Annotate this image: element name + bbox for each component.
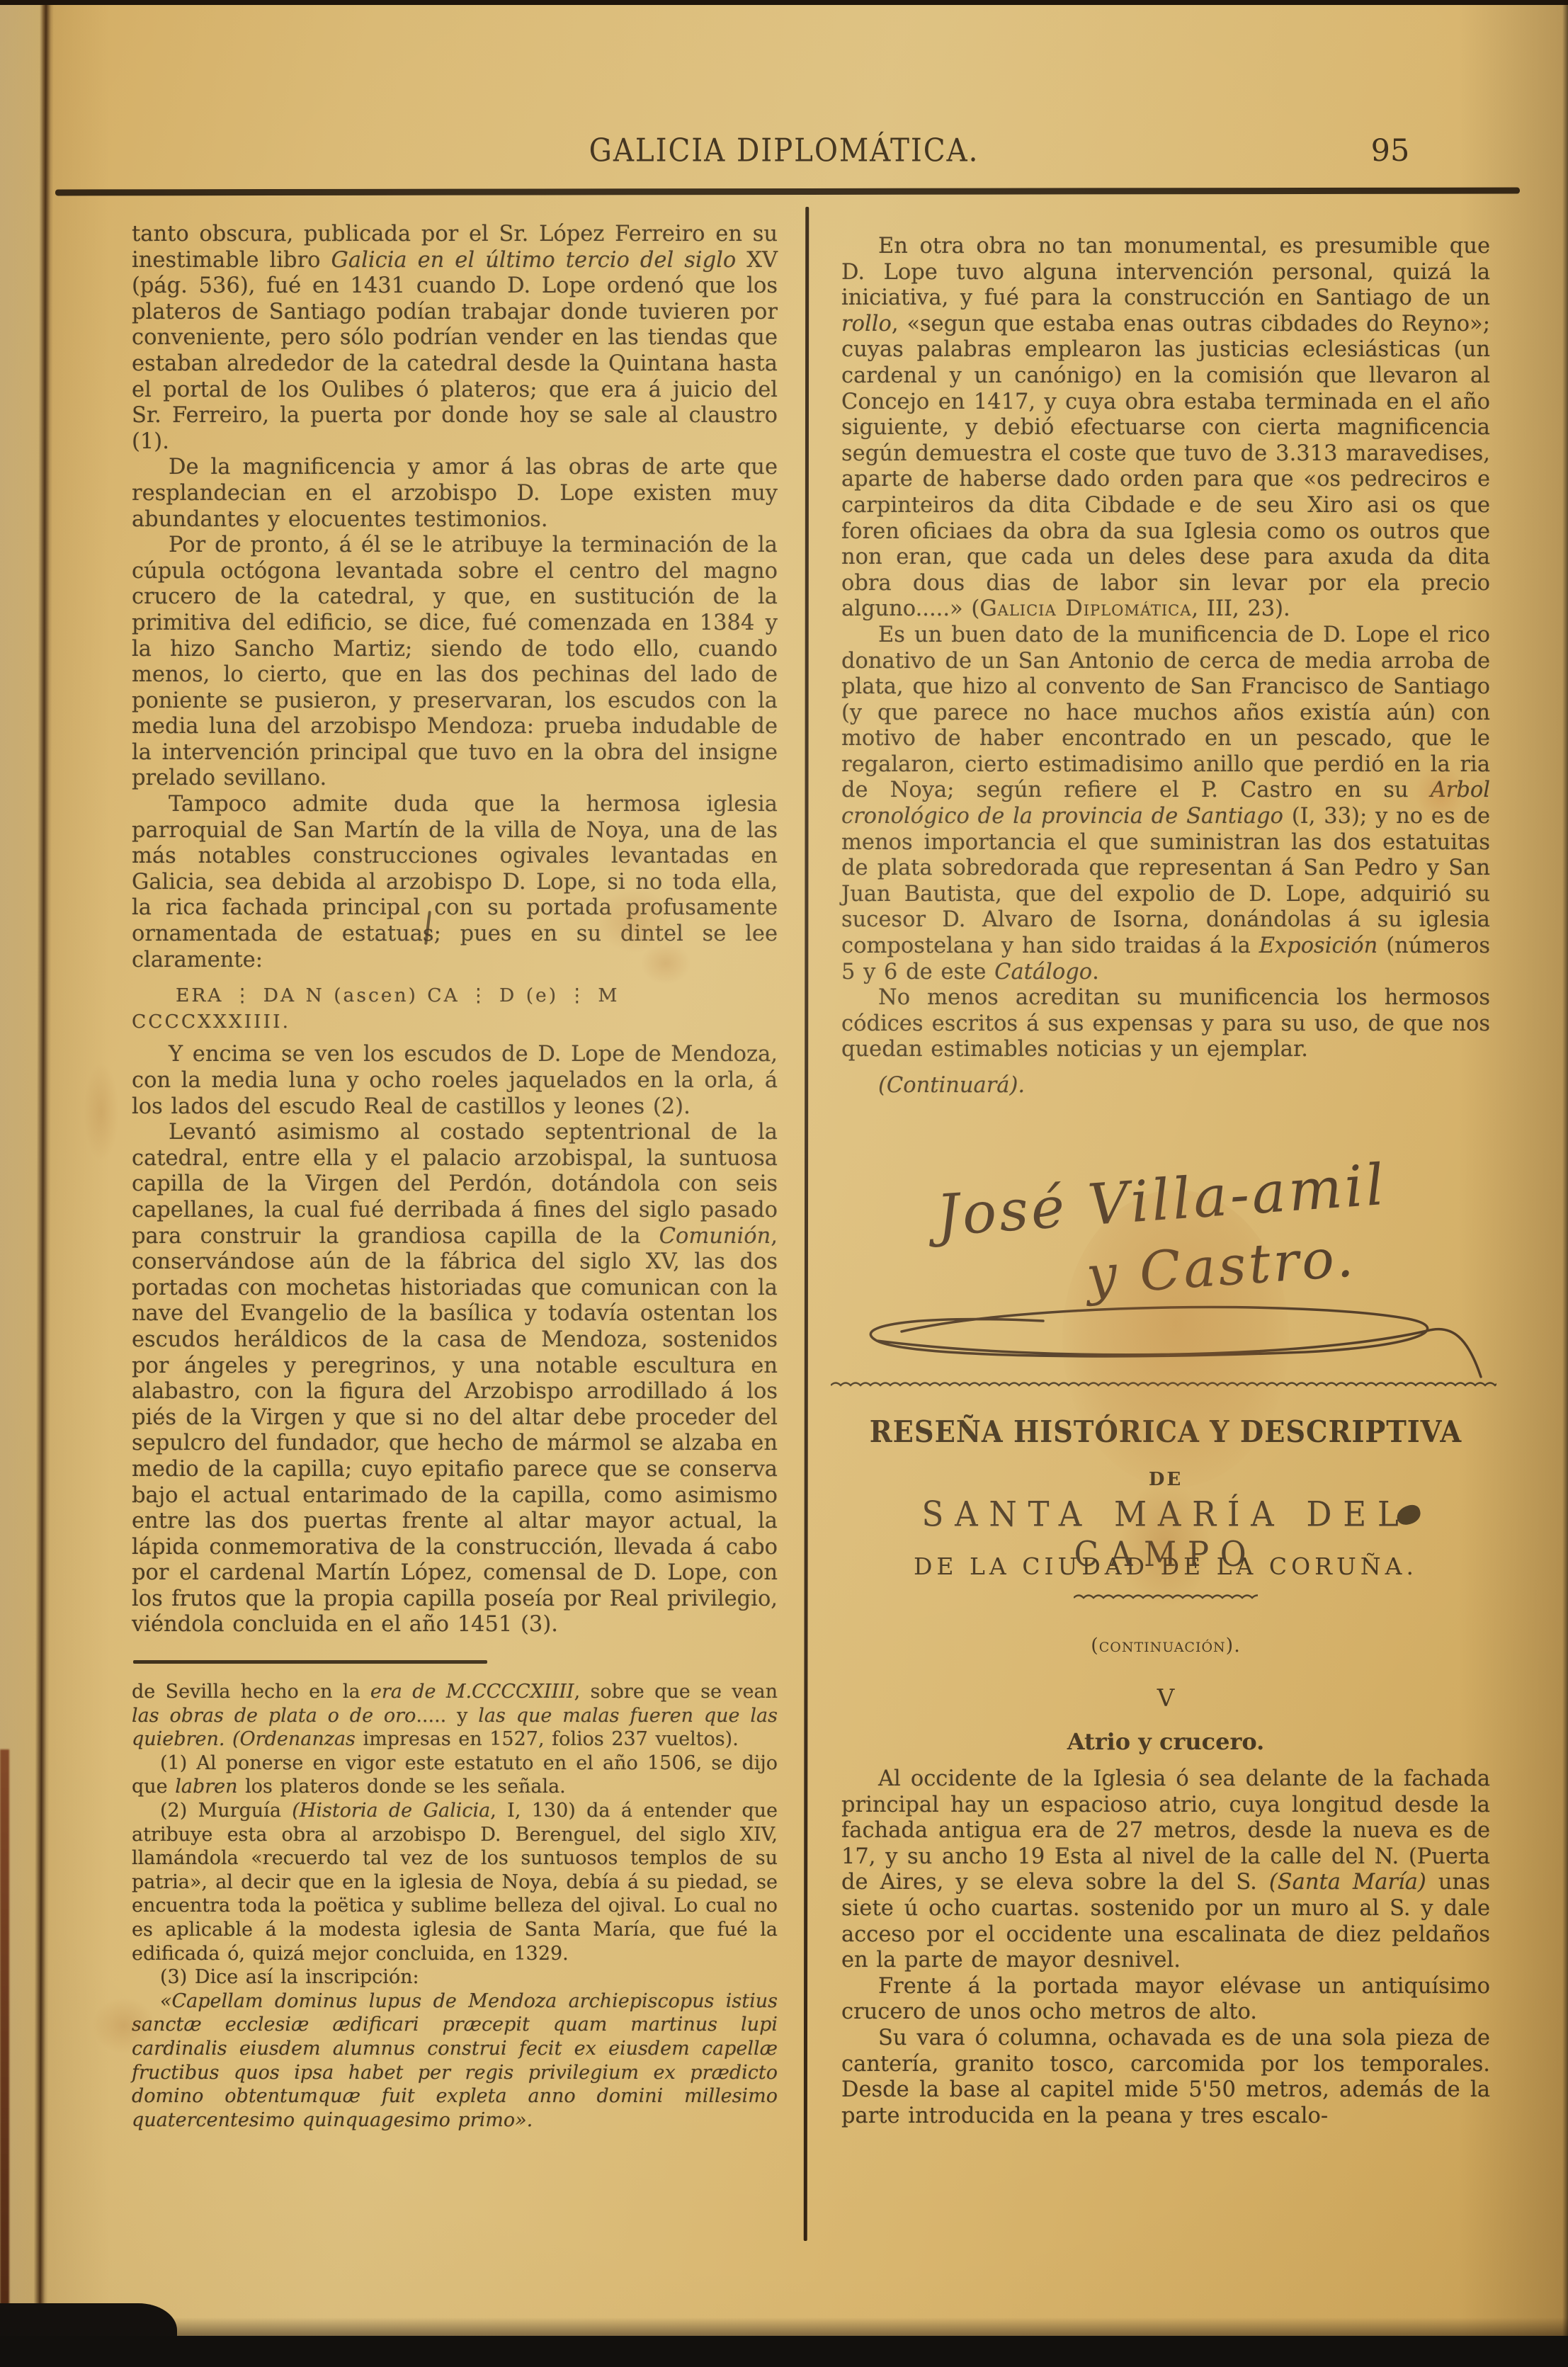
paragraph: Tampoco admite duda que la hermosa igles…: [132, 792, 778, 973]
section-body: Al occidente de la Iglesia ó sea delante…: [841, 1766, 1490, 2129]
page-bottom-shadow: [0, 2317, 1568, 2337]
paragraph: tanto obscura, publicada por el Sr. Lópe…: [132, 222, 778, 455]
small-wavy-rule: [1074, 1592, 1258, 1601]
scan-bottom-band: [0, 2336, 1568, 2367]
section-continuation: (continuación).: [841, 1635, 1490, 1657]
paragraph: Y encima se ven los escudos de D. Lope d…: [132, 1042, 778, 1120]
section-subtitle: DE LA CIUDAD DE LA CORUÑA.: [841, 1553, 1490, 1580]
stain: [84, 1062, 119, 1162]
signature-surname: y Castro.: [1082, 1225, 1358, 1307]
scanned-page: GALICIA DIPLOMÁTICA. 95 tanto obscura, p…: [0, 0, 1568, 2367]
section-de: DE: [841, 1469, 1490, 1490]
handwritten-signature: José Villa-amil y Castro.: [809, 1149, 1518, 1383]
left-column-body: tanto obscura, publicada por el Sr. Lópe…: [132, 222, 778, 1638]
inscription: ERA ⋮ DA N (ascen) CA ⋮ D (e) ⋮ M CCCCXX…: [132, 983, 778, 1035]
scan-top-edge: [0, 0, 1568, 5]
continuara: (Continuará).: [841, 1073, 1490, 1099]
paragraph: Frente á la portada mayor elévase un ant…: [841, 1974, 1490, 2026]
paragraph: Es un buen dato de la munificencia de D.…: [841, 623, 1490, 985]
paragraph: Su vara ó columna, ochavada es de una so…: [841, 2026, 1490, 2129]
paragraph: Levantó asimismo al costado septentriona…: [132, 1120, 778, 1638]
left-column-footnotes: de Sevilla hecho en la era de M.CCCCXIII…: [132, 1680, 778, 2132]
signature-flourish: [870, 1307, 1481, 1377]
paragraph: (2) Murguía (Historia de Galicia, I, 130…: [132, 1799, 778, 1965]
paragraph: De la magnificencia y amor á las obras d…: [132, 455, 778, 533]
chapter-title: Atrio y crucero.: [841, 1728, 1490, 1755]
paragraph: Por de pronto, á él se le atribuye la te…: [132, 533, 778, 792]
section-title: RESEÑA HISTÓRICA Y DESCRIPTIVA: [854, 1414, 1477, 1450]
paragraph: No menos acreditan su munificencia los h…: [841, 985, 1490, 1063]
footnote-separator-rule: [133, 1660, 487, 1664]
paragraph: de Sevilla hecho en la era de M.CCCCXIII…: [132, 1680, 778, 1752]
scan-right-edge: [1562, 0, 1568, 2367]
left-column: tanto obscura, publicada por el Sr. Lópe…: [132, 0, 778, 2367]
chapter-numeral: V: [841, 1684, 1490, 1713]
paragraph: (3) Dice así la inscripción:: [132, 1965, 778, 1989]
paragraph: (1) Al ponerse en vigor este estatuto en…: [132, 1752, 778, 1799]
wavy-divider-rule: [831, 1380, 1496, 1388]
paragraph: Al occidente de la Iglesia ó sea delante…: [841, 1766, 1490, 1974]
right-column-body: En otra obra no tan monumental, es presu…: [841, 234, 1490, 1099]
paragraph: En otra obra no tan monumental, es presu…: [841, 234, 1490, 623]
left-edge-discoloration: [0, 1749, 9, 2344]
column-divider-rule: [804, 207, 809, 2241]
right-column: En otra obra no tan monumental, es presu…: [841, 0, 1490, 2367]
paragraph: «Capellam dominus lupus de Mendoza archi…: [132, 1989, 778, 2133]
page-corner-curl: [0, 2303, 177, 2339]
